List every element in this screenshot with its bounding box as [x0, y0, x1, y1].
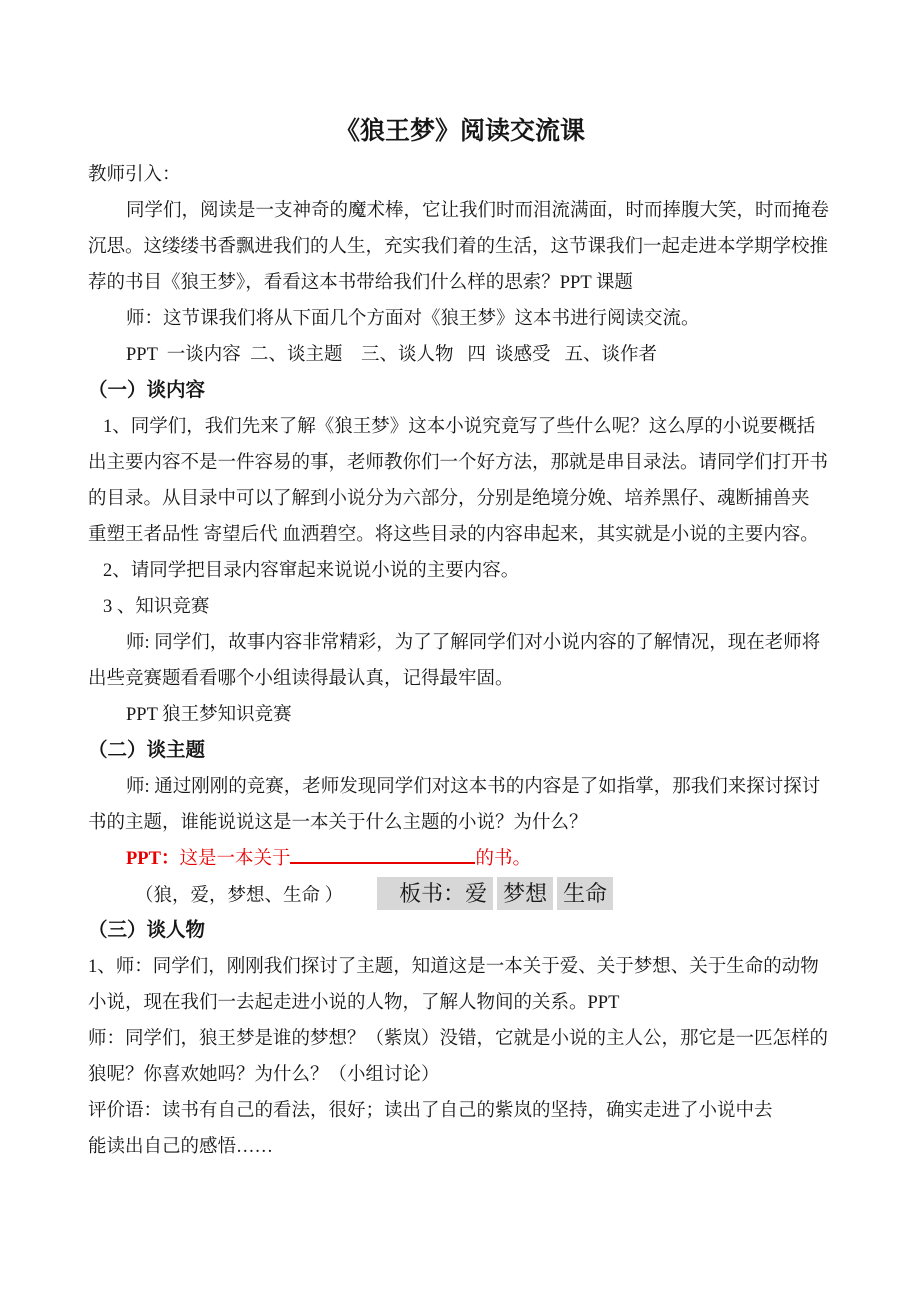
ppt-fill-in-blank-line: PPT：这是一本关于的书。 [88, 841, 878, 877]
doc-line: 荐的书目《狼王梦》，看看这本书带给我们什么样的思索？PPT 课题 [88, 265, 878, 301]
doc-line: 3 、知识竞赛 [88, 589, 878, 625]
doc-line: 师: 同学们，故事内容非常精彩，为了了解同学们对小说内容的了解情况，现在老师将 [88, 625, 878, 661]
answer-hint: （狼，爱，梦想、生命 ） [135, 886, 343, 906]
doc-line: 师: 通过刚刚的竞赛，老师发现同学们对这本书的内容是了如指掌，那我们来探讨探讨 [88, 769, 878, 805]
doc-line: 评价语：读书有自己的看法，很好；读出了自己的紫岚的坚持，确实走进了小说中去 [88, 1093, 878, 1129]
document-title: 《狼王梦》阅读交流课 [0, 112, 920, 152]
doc-line: 重塑王者品性 寄望后代 血洒碧空。将这些目录的内容串起来，其实就是小说的主要内容… [88, 517, 878, 553]
document-body: 教师引入：同学们，阅读是一支神奇的魔术棒，它让我们时而泪流满面，时而捧腹大笑，时… [88, 157, 878, 1165]
red-sentence-start: 这是一本关于 [179, 849, 290, 869]
doc-line: 出些竞赛题看看哪个小组读得最认真，记得最牢固。 [88, 661, 878, 697]
doc-line: 同学们，阅读是一支神奇的魔术棒，它让我们时而泪流满面，时而捧腹大笑，时而掩卷 [88, 193, 878, 229]
doc-line: 狼呢？你喜欢她吗？为什么？（小组讨论） [88, 1057, 878, 1093]
doc-line: 教师引入： [88, 157, 878, 193]
red-sentence-end: 的书。 [475, 849, 531, 869]
ppt-label: PPT： [126, 849, 179, 869]
doc-line: PPT 一谈内容 二、谈主题 三、谈人物 四 谈感受 五、谈作者 [88, 337, 878, 373]
doc-line: 沉思。这缕缕书香飘进我们的人生，充实我们着的生活，这节课我们一起走进本学期学校推 [88, 229, 878, 265]
doc-line: 能读出自己的感悟…… [88, 1129, 878, 1165]
doc-line: 师：这节课我们将从下面几个方面对《狼王梦》这本书进行阅读交流。 [88, 301, 878, 337]
section-heading-2: （二）谈主题 [88, 733, 878, 769]
answer-and-board-line: （狼，爱，梦想、生命 ）板书：爱梦想生命 [88, 877, 878, 913]
section-heading-3: （三）谈人物 [88, 913, 878, 949]
board-writing-highlight: 生命 [557, 877, 613, 910]
doc-line: 2、请同学把目录内容窜起来说说小说的主要内容。 [88, 553, 878, 589]
doc-line: 书的主题，谁能说说这是一本关于什么主题的小说？为什么？ [88, 805, 878, 841]
doc-line: 1、同学们，我们先来了解《狼王梦》这本小说究竟写了些什么呢？这么厚的小说要概括 [88, 409, 878, 445]
fill-in-blank-underline [290, 847, 475, 864]
document-page: 《狼王梦》阅读交流课 教师引入：同学们，阅读是一支神奇的魔术棒，它让我们时而泪流… [0, 0, 920, 1302]
section-heading-1: （一）谈内容 [88, 373, 878, 409]
board-writing-highlight: 梦想 [497, 877, 553, 910]
doc-line: 的目录。从目录中可以了解到小说分为六部分，分别是绝境分娩、培养黑仔、魂断捕兽夹 [88, 481, 878, 517]
doc-line: 小说，现在我们一去起走进小说的人物，了解人物间的关系。PPT [88, 985, 878, 1021]
doc-line: 师：同学们，狼王梦是谁的梦想？（紫岚）没错，它就是小说的主人公，那它是一匹怎样的 [88, 1021, 878, 1057]
doc-line: PPT 狼王梦知识竞赛 [88, 697, 878, 733]
doc-line: 出主要内容不是一件容易的事，老师教你们一个好方法，那就是串目录法。请同学们打开书 [88, 445, 878, 481]
doc-line: 1、师：同学们，刚刚我们探讨了主题，知道这是一本关于爱、关于梦想、关于生命的动物 [88, 949, 878, 985]
board-writing-highlight: 板书：爱 [377, 877, 493, 910]
